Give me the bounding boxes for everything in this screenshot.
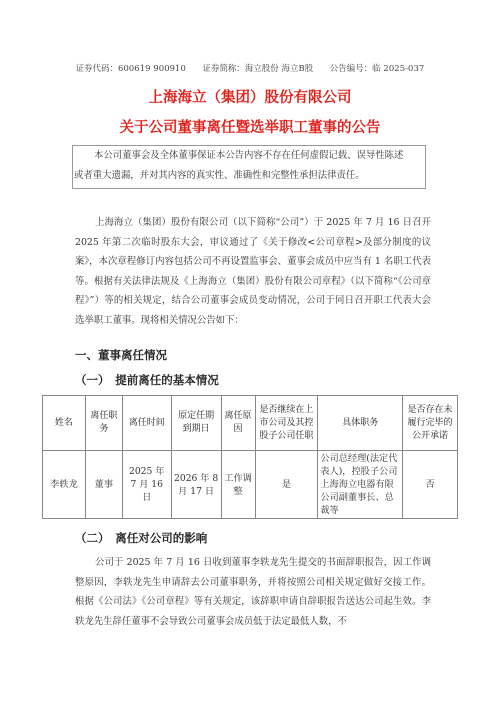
table-row: 李轶龙 董事 2025 年 7 月 16 日 2026 年 8 月 17 日 工… <box>43 451 458 519</box>
cell-reason: 工作调整 <box>221 451 255 519</box>
disclaimer-line-2: 或者重大遗漏，并对其内容的真实性、准确性和完整性承担法律责任。 <box>74 166 425 186</box>
cell-name: 李轶龙 <box>43 451 86 519</box>
disclaimer-line-1: 本公司董事会及全体董事保证本公告内容不存在任何虚假记载、误导性陈述 <box>74 146 425 166</box>
header-reason: 离任原因 <box>221 396 255 451</box>
header-departure-date: 离任时间 <box>122 396 171 451</box>
company-title: 上海海立（集团）股份有限公司 <box>0 86 500 107</box>
header-commitments: 是否存在未履行完毕的公开承诺 <box>403 396 458 451</box>
cell-term-end: 2026 年 8 月 17 日 <box>171 451 221 519</box>
header-name: 姓名 <box>43 396 86 451</box>
impact-paragraph: 公司于 2025 年 7 月 16 日收到董事李轶龙先生提交的书面辞职报告，因工… <box>75 553 431 631</box>
cell-departure-date: 2025 年 7 月 16 日 <box>122 451 171 519</box>
resignation-table: 姓名 离任职务 离任时间 原定任期到期日 离任原因 是否继续在上市公司及其控股子… <box>42 395 458 519</box>
stock-code: 证券代码：600619 900910 <box>76 63 186 73</box>
subsection-heading-1: （一） 提前离任的基本情况 <box>75 372 219 388</box>
disclaimer-box: 本公司董事会及全体董事保证本公告内容不存在任何虚假记载、误导性陈述 或者重大遗漏… <box>72 145 426 189</box>
document-header: 证券代码：600619 900910 证券简称：海立股份 海立B股 公告编号：临… <box>0 62 500 74</box>
intro-paragraph: 上海海立（集团）股份有限公司（以下简称“公司”）于 2025 年 7 月 16 … <box>75 213 431 330</box>
table-header-row: 姓名 离任职务 离任时间 原定任期到期日 离任原因 是否继续在上市公司及其控股子… <box>43 396 458 451</box>
intro-section: 上海海立（集团）股份有限公司（以下简称“公司”）于 2025 年 7 月 16 … <box>75 213 431 330</box>
header-continue-serving: 是否继续在上市公司及其控股子公司任职 <box>255 396 318 451</box>
cell-specific-role: 公司总经理(法定代表人)，控股子公司上海海立电器有限公司副董事长、总裁等 <box>318 451 403 519</box>
cell-commitments: 否 <box>403 451 458 519</box>
header-specific-role: 具体职务 <box>318 396 403 451</box>
announcement-number: 公告编号：临 2025-037 <box>330 63 425 73</box>
header-position: 离任职务 <box>85 396 122 451</box>
stock-name: 证券简称：海立股份 海立B股 <box>203 63 314 73</box>
subsection-heading-2: （二） 离任对公司的影响 <box>75 530 207 546</box>
impact-section: 公司于 2025 年 7 月 16 日收到董事李轶龙先生提交的书面辞职报告，因工… <box>75 553 431 631</box>
cell-position: 董事 <box>85 451 122 519</box>
section-heading-1: 一、董事离任情况 <box>75 347 167 363</box>
announcement-title: 关于公司董事离任暨选举职工董事的公告 <box>0 116 500 137</box>
cell-continue-serving: 是 <box>255 451 318 519</box>
header-term-end: 原定任期到期日 <box>171 396 221 451</box>
